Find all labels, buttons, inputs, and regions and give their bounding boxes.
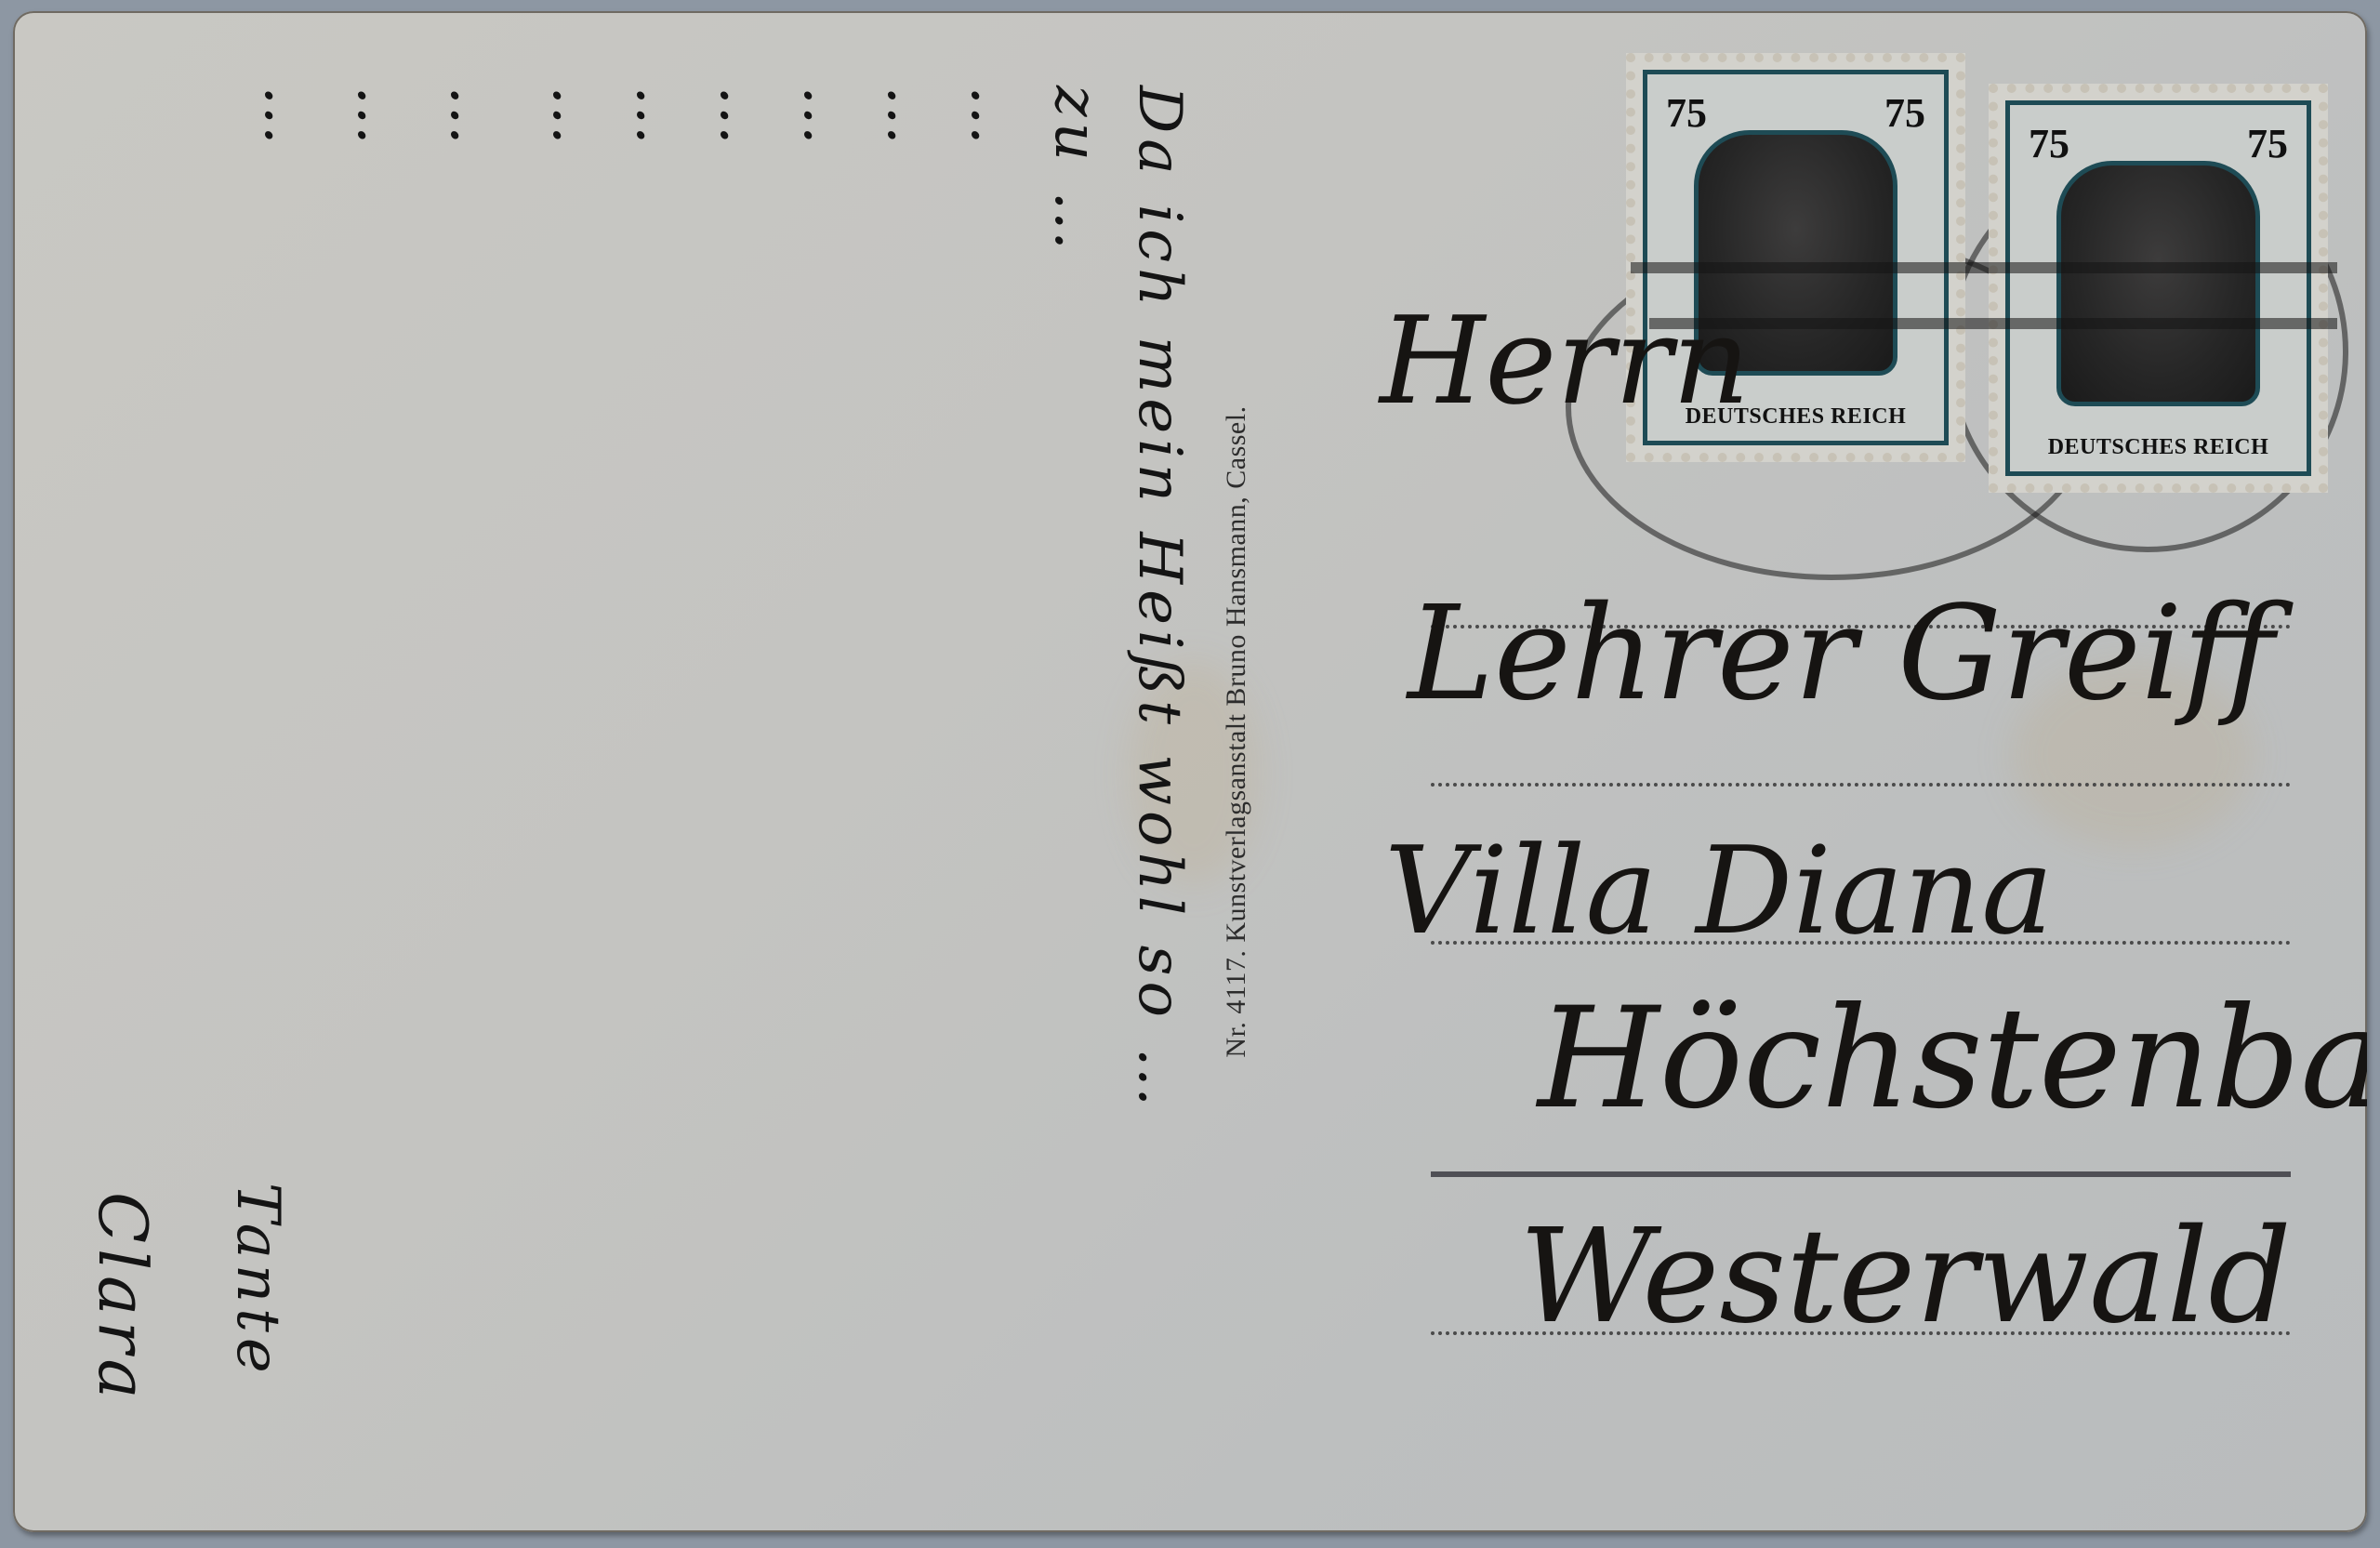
message-line: …: [623, 86, 692, 151]
address-line: [1431, 783, 2291, 787]
address-salutation: Herrn: [1380, 290, 1750, 431]
message-line: …: [874, 86, 943, 151]
postage-stamp: 75 75 DEUTSCHES REICH: [1989, 84, 2328, 493]
address-name: Lehrer Greiff: [1408, 578, 2275, 730]
message-line: …: [437, 86, 506, 151]
message-line: …: [344, 86, 413, 151]
stamp-value: 75: [2247, 120, 2288, 167]
cancel-bar: [1649, 318, 2337, 329]
stamp-value: 75: [2029, 120, 2069, 167]
message-line: Da ich mein Heißt wohl so …: [1125, 86, 1194, 1112]
address-line: [1431, 1331, 2291, 1335]
message-line: zu …: [1041, 86, 1110, 256]
message-line: …: [707, 86, 775, 151]
message-signature: Clara: [84, 1192, 162, 1404]
publisher-imprint: Nr. 4117. Kunstverlagsanstalt Bruno Hans…: [1221, 405, 1252, 1057]
message-closing: Tante: [223, 1183, 292, 1379]
address-line: [1431, 941, 2291, 945]
message-line: …: [539, 86, 608, 151]
stamp-value: 75: [1666, 89, 1707, 137]
cancel-bar: [1631, 262, 2337, 273]
message-line: …: [958, 86, 1026, 151]
stamp-value: 75: [1884, 89, 1925, 137]
stamp-country: DEUTSCHES REICH: [2019, 435, 2297, 460]
stamp-frame: 75 75 DEUTSCHES REICH: [2005, 100, 2311, 476]
message-line: …: [790, 86, 859, 151]
postcard-back: Da ich mein Heißt wohl so … zu … … … … ……: [13, 11, 2367, 1532]
address-city: Höchstenbach: [1538, 978, 2367, 1140]
handwritten-message: Da ich mein Heißt wohl so … zu … … … … ……: [106, 48, 1203, 1499]
germania-portrait: [2056, 161, 2260, 406]
address-line-city: [1431, 1171, 2291, 1177]
message-line: …: [251, 86, 320, 151]
address-region: Westerwald: [1519, 1201, 2292, 1353]
